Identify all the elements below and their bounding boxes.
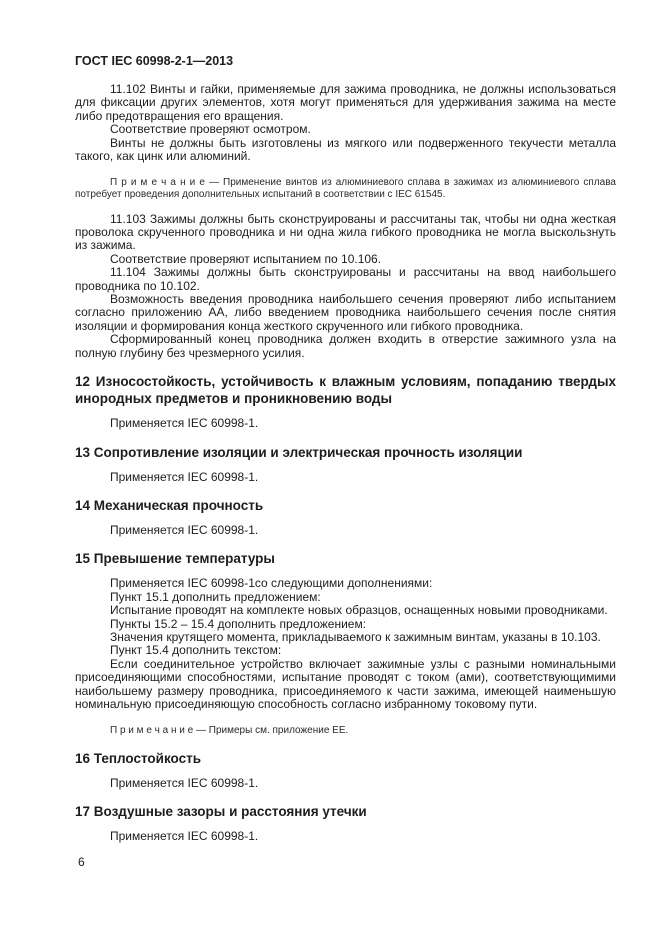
paragraph-11-104: 11.104 Зажимы должны быть сконструирован… [75, 266, 616, 293]
paragraph-11-102: 11.102 Винты и гайки, применяемые для за… [75, 83, 616, 123]
paragraph-s15-item-15-4: Пункт 15.4 дополнить текстом: [75, 644, 616, 657]
paragraph-s15-intro: Применяется IEC 60998-1со следующими доп… [75, 577, 616, 590]
paragraph-applies-16: Применяется IEC 60998-1. [75, 777, 616, 790]
paragraph-s15-items-15-2-15-4: Пункты 15.2 – 15.4 дополнить предложение… [75, 618, 616, 631]
paragraph-check-inspection: Соответствие проверяют осмотром. [75, 123, 616, 136]
paragraph-s15-torque: Значения крутящего момента, прикладываем… [75, 631, 616, 644]
running-header: ГОСТ IEC 60998-2-1—2013 [75, 55, 616, 68]
paragraph-applies-17: Применяется IEC 60998-1. [75, 830, 616, 843]
section-heading-12: 12 Износостойкость, устойчивость к влажн… [75, 373, 616, 407]
page-number: 6 [78, 856, 85, 869]
page-content: ГОСТ IEC 60998-2-1—2013 11.102 Винты и г… [75, 55, 616, 844]
paragraph-applies-14: Применяется IEC 60998-1. [75, 524, 616, 537]
paragraph-screw-metal: Винты не должны быть изготовлены из мягк… [75, 137, 616, 164]
section-heading-15: 15 Превышение температуры [75, 550, 616, 567]
paragraph-11-103: 11.103 Зажимы должны быть сконструирован… [75, 213, 616, 253]
section-heading-14: 14 Механическая прочность [75, 497, 616, 514]
section-heading-17: 17 Воздушные зазоры и расстояния утечки [75, 803, 616, 820]
paragraph-s15-item-15-1: Пункт 15.1 дополнить предложением: [75, 591, 616, 604]
section-heading-13: 13 Сопротивление изоляции и электрическа… [75, 444, 616, 461]
paragraph-check-test: Соответствие проверяют испытанием по 10.… [75, 253, 616, 266]
paragraph-s15-clamping-units: Если соединительное устройство включает … [75, 658, 616, 712]
paragraph-applies-13: Применяется IEC 60998-1. [75, 471, 616, 484]
paragraph-formed-end: Сформированный конец проводника должен в… [75, 333, 616, 360]
paragraph-s15-test-samples: Испытание проводят на комплекте новых об… [75, 604, 616, 617]
note-aluminium: П р и м е ч а н и е — Применение винтов … [75, 177, 616, 200]
document-page: ГОСТ IEC 60998-2-1—2013 11.102 Винты и г… [0, 0, 661, 935]
section-heading-16: 16 Теплостойкость [75, 750, 616, 767]
paragraph-applies-12: Применяется IEC 60998-1. [75, 417, 616, 430]
note-examples-ee: П р и м е ч а н и е — Примеры см. прилож… [75, 725, 616, 737]
paragraph-max-conductor: Возможность введения проводника наибольш… [75, 293, 616, 333]
